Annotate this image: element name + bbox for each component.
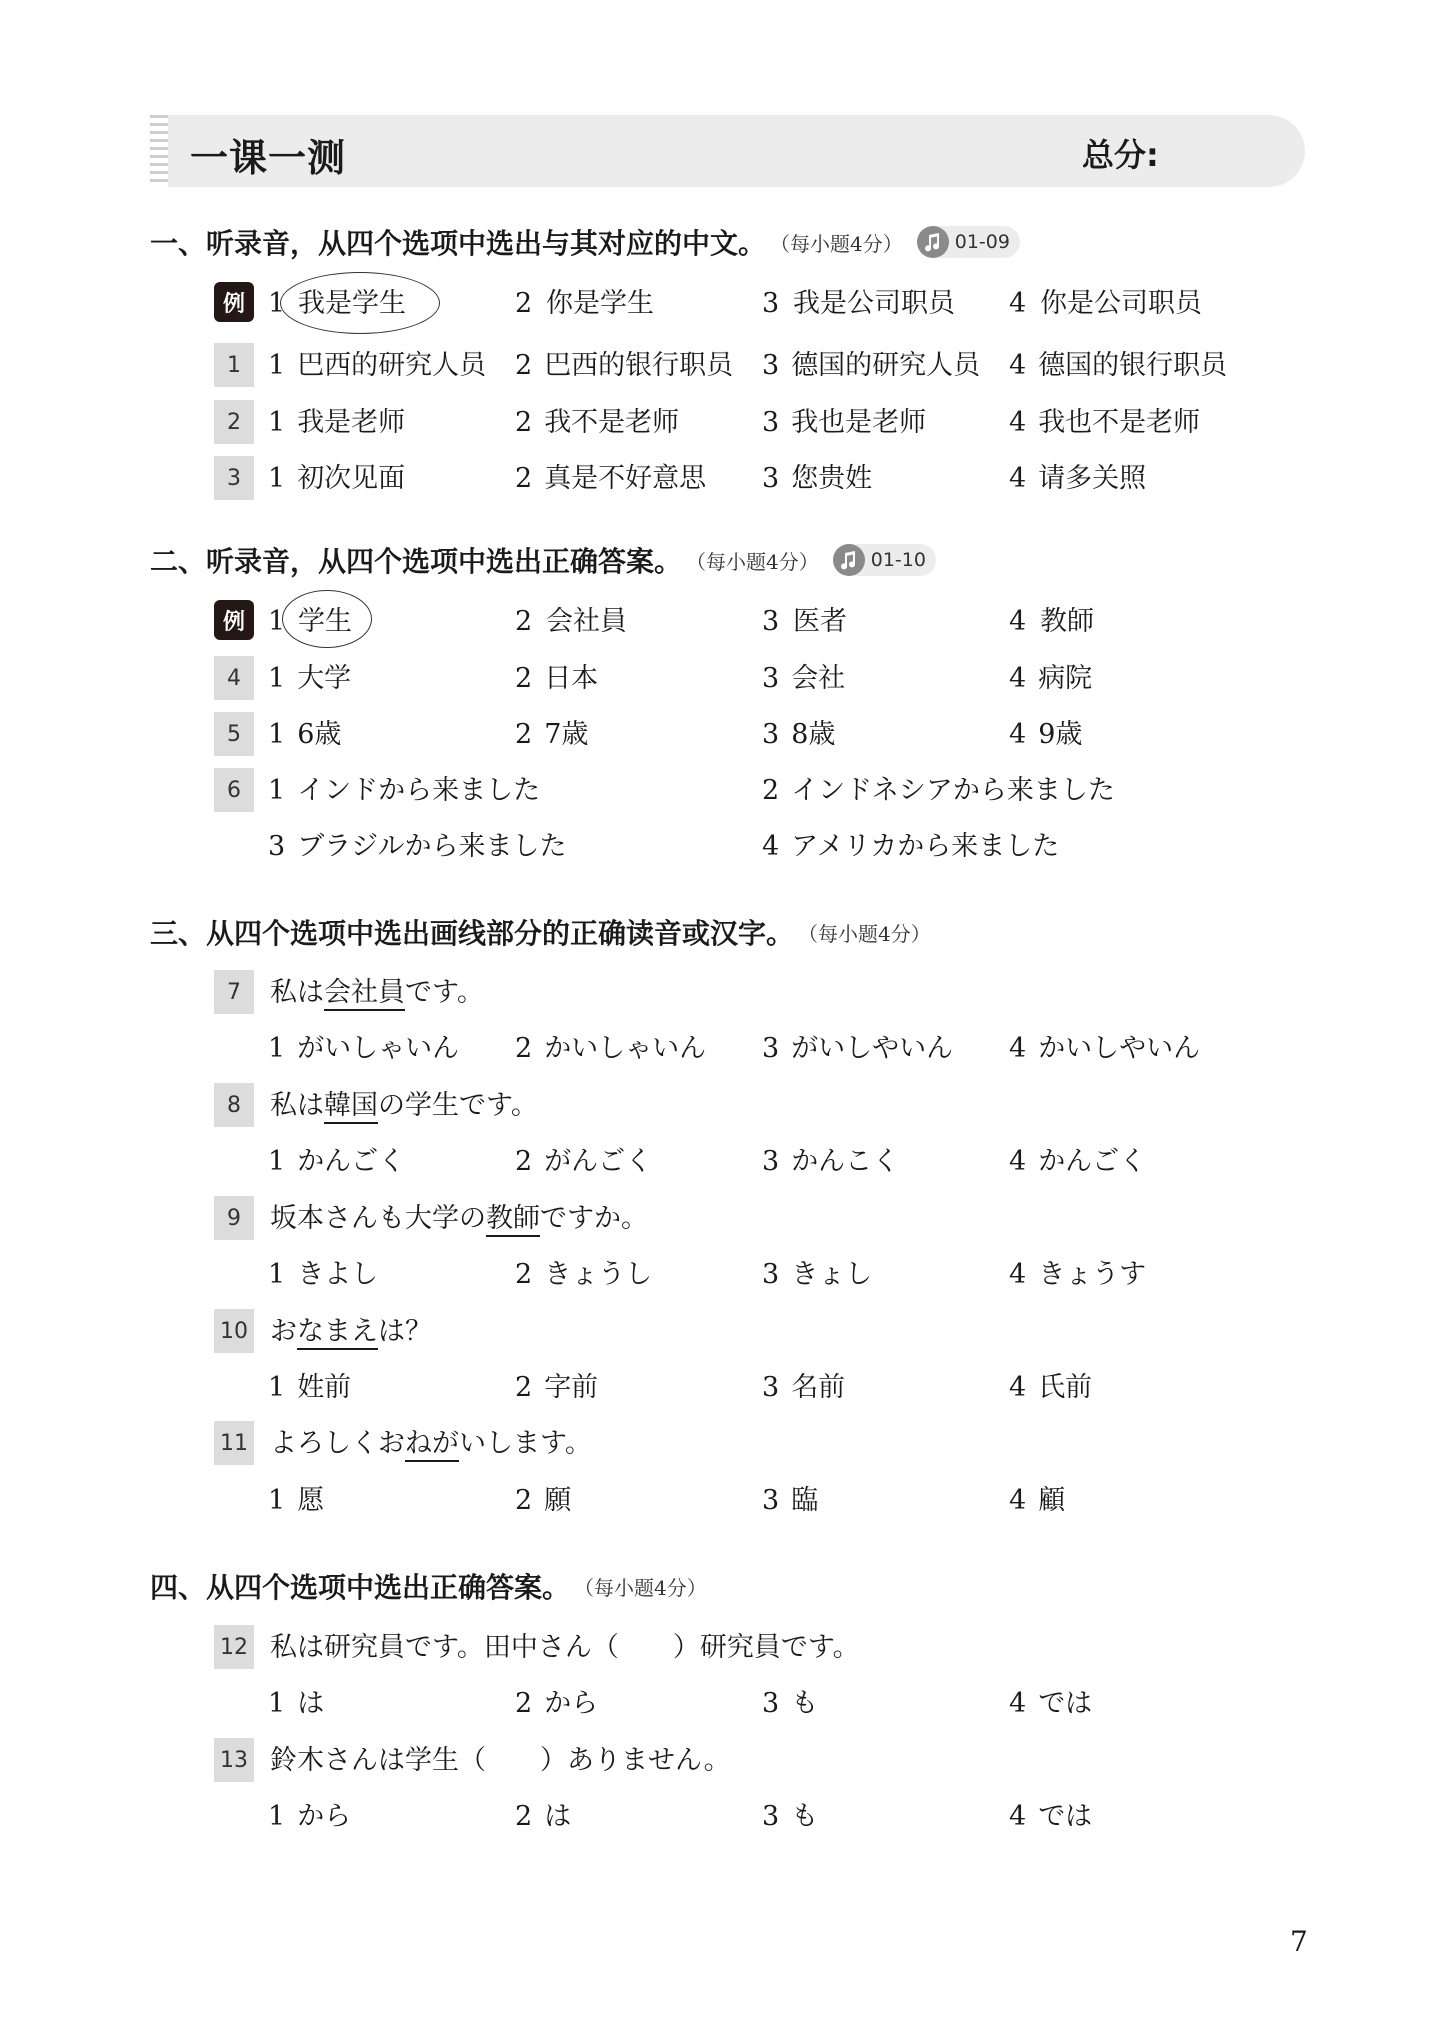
options-row: 1愿 2願 3臨 4顧 [0,1481,1445,1521]
answer-option[interactable]: 4では [1009,1684,1092,1724]
question-stem: よろしくおねがいします。 [270,1424,592,1464]
answer-option[interactable]: 4氏前 [1009,1368,1092,1408]
answer-option[interactable]: 1巴西的研究人员 [268,346,486,386]
options-row: 1は 2から 3も 4では [0,1684,1445,1724]
audio-track-button[interactable]: 01-10 [833,544,936,576]
question-row: 13 鈴木さんは学生（ ）ありません。 [0,1741,1445,1781]
answer-option[interactable]: 1がいしゃいん [268,1029,459,1069]
question-row: 11 よろしくおねがいします。 [0,1424,1445,1464]
question-number: 13 [214,1738,254,1782]
answer-option[interactable]: 1大学 [268,659,351,699]
answer-circle [280,272,440,334]
options-row: 1きよし 2きょうし 3きょし 4きょうす [0,1255,1445,1295]
answer-option[interactable]: 3も [762,1797,818,1837]
example-badge: 例 [214,600,254,640]
option-number: 4 [1009,602,1026,642]
question-number: 3 [214,456,254,500]
question-stem: 坂本さんも大学の教師ですか。 [270,1199,648,1239]
option-text: 医者 [793,602,847,642]
example-badge: 例 [214,282,254,322]
question-row: 6 1インドから来ました 2インドネシアから来ました [0,771,1445,811]
audio-track-button[interactable]: 01-09 [917,226,1020,258]
answer-option[interactable]: 1愿 [268,1481,324,1521]
answer-option[interactable]: 1かんごく [268,1142,405,1182]
section-heading-text: 四、从四个选项中选出正确答案。 [150,1566,570,1606]
section-score-note: （每小题4分） [798,918,931,947]
answer-option[interactable]: 4かいしやいん [1009,1029,1200,1069]
question-number: 2 [214,400,254,444]
answer-option[interactable]: 4我也不是老师 [1009,403,1200,443]
audio-track-code: 01-09 [955,231,1010,253]
question-row: 7 私は会社員です。 [0,973,1445,1013]
option-number: 3 [762,602,779,642]
answer-option[interactable]: 2インドネシアから来ました [762,771,1115,811]
answer-option[interactable]: 3我也是老师 [762,403,926,443]
answer-option[interactable]: 1きよし [268,1255,378,1295]
answer-option[interactable]: 1から [268,1797,351,1837]
answer-option[interactable]: 4きょうす [1009,1255,1146,1295]
answer-option[interactable]: 3かんこく [762,1142,899,1182]
example-row: 例 1 我是学生 2 你是学生 3 我是公司职员 4 你是公司职员 [0,284,1445,324]
question-stem: 私は研究員です。田中さん（ ）研究員です。 [270,1628,860,1668]
answer-option[interactable]: 2かいしゃいん [515,1029,706,1069]
answer-option[interactable]: 2がんごく [515,1142,652,1182]
answer-option[interactable]: 49歳 [1009,715,1082,755]
answer-option[interactable]: 2から [515,1684,598,1724]
underlined-part: なまえ [297,1316,378,1350]
section-2-heading: 二、听录音，从四个选项中选出正确答案。 （每小题4分） 01-10 [150,540,936,580]
answer-option[interactable]: 1は [268,1684,324,1724]
options-row: 1かんごく 2がんごく 3かんこく 4かんごく [0,1142,1445,1182]
underlined-part: ねが [405,1428,459,1462]
question-number: 7 [214,970,254,1014]
answer-option[interactable]: 2願 [515,1481,571,1521]
answer-option[interactable]: 2真是不好意思 [515,459,706,499]
question-number: 4 [214,656,254,700]
question-number: 8 [214,1083,254,1127]
answer-option[interactable]: 1インドから来ました [268,771,540,811]
answer-option[interactable]: 2巴西的银行职员 [515,346,733,386]
question-row: 1 1巴西的研究人员 2巴西的银行职员 3德国的研究人员 4德国的银行职员 [0,346,1445,386]
answer-option[interactable]: 3名前 [762,1368,845,1408]
answer-option[interactable]: 3も [762,1684,818,1724]
option-number: 2 [515,284,532,324]
answer-option[interactable]: 2日本 [515,659,598,699]
option-text: 会社員 [546,602,627,642]
question-row: 5 16歳 27歳 38歳 49歳 [0,715,1445,755]
section-heading-text: 二、听录音，从四个选项中选出正确答案。 [150,540,682,580]
answer-option[interactable]: 2は [515,1797,571,1837]
option-number: 2 [515,602,532,642]
option-text: 你是学生 [546,284,654,324]
question-row: 10 おなまえは？ [0,1312,1445,1352]
answer-option[interactable]: 1初次见面 [268,459,405,499]
music-note-icon [917,226,949,258]
answer-option[interactable]: 3がいしやいん [762,1029,953,1069]
answer-option[interactable]: 1我是老师 [268,403,405,443]
question-row: 4 1大学 2日本 3会社 4病院 [0,659,1445,699]
option-text: 教師 [1040,602,1094,642]
answer-option[interactable]: 4顧 [1009,1481,1065,1521]
options-row: 1姓前 2字前 3名前 4氏前 [0,1368,1445,1408]
question-row: 12 私は研究員です。田中さん（ ）研究員です。 [0,1628,1445,1668]
music-note-icon [833,544,865,576]
options-row: 1から 2は 3も 4では [0,1797,1445,1837]
question-row: 2 1我是老师 2我不是老师 3我也是老师 4我也不是老师 [0,403,1445,443]
header-stripe-decoration [150,115,168,187]
answer-option[interactable]: 4病院 [1009,659,1092,699]
section-heading-text: 三、从四个选项中选出画线部分的正确读音或汉字。 [150,912,794,952]
answer-option[interactable]: 38歳 [762,715,835,755]
question-number: 5 [214,712,254,756]
section-1-heading: 一、听录音，从四个选项中选出与其对应的中文。 （每小题4分） 01-09 [150,222,1020,262]
question-stem: 私は会社員です。 [270,973,484,1013]
section-3-heading: 三、从四个选项中选出画线部分的正确读音或汉字。 （每小题4分） [150,912,931,952]
total-score-label: 总分: [1082,130,1159,176]
question-number: 6 [214,768,254,812]
section-4-heading: 四、从四个选项中选出正确答案。 （每小题4分） [150,1566,707,1606]
options-row: 1がいしゃいん 2かいしゃいん 3がいしやいん 4かいしやいん [0,1029,1445,1069]
question-number: 1 [214,343,254,387]
answer-option[interactable]: 2字前 [515,1368,598,1408]
question-number: 12 [214,1625,254,1669]
question-row: 9 坂本さんも大学の教師ですか。 [0,1199,1445,1239]
audio-track-code: 01-10 [871,549,926,571]
option-number: 4 [1009,284,1026,324]
section-score-note: （每小题4分） [770,228,903,257]
answer-option[interactable]: 4かんごく [1009,1142,1146,1182]
answer-option[interactable]: 4アメリカから来ました [762,827,1059,867]
section-score-note: （每小题4分） [574,1572,707,1601]
answer-option[interactable]: 16歳 [268,715,341,755]
question-row-continued: 3ブラジルから来ました 4アメリカから来ました [0,827,1445,867]
answer-option[interactable]: 4请多关照 [1009,459,1146,499]
worksheet-page: 一课一测 总分: 一、听录音，从四个选项中选出与其对应的中文。 （每小题4分） … [0,0,1445,2031]
question-row: 8 私は韓国の学生です。 [0,1086,1445,1126]
answer-option[interactable]: 3ブラジルから来ました [268,827,567,867]
question-number: 10 [214,1309,254,1353]
answer-option[interactable]: 27歳 [515,715,588,755]
section-score-note: （每小题4分） [686,546,819,575]
question-stem: おなまえは？ [270,1312,432,1352]
underlined-part: 教師 [486,1203,540,1237]
section-heading-text: 一、听录音，从四个选项中选出与其对应的中文。 [150,222,766,262]
question-stem: 私は韓国の学生です。 [270,1086,538,1126]
question-row: 3 1初次见面 2真是不好意思 3您贵姓 4请多关照 [0,459,1445,499]
question-number: 11 [214,1421,254,1465]
page-number: 7 [1290,1925,1308,1958]
answer-option[interactable]: 2我不是老师 [515,403,679,443]
answer-option[interactable]: 3きょし [762,1255,872,1295]
page-title: 一课一测 [190,127,346,182]
underlined-part: 韓国 [324,1090,378,1124]
answer-option[interactable]: 3您贵姓 [762,459,872,499]
answer-option[interactable]: 2きょうし [515,1255,652,1295]
underlined-part: 会社員 [324,977,405,1011]
option-number: 3 [762,284,779,324]
answer-option[interactable]: 3臨 [762,1481,818,1521]
answer-option[interactable]: 4德国的银行职员 [1009,346,1227,386]
answer-option[interactable]: 1姓前 [268,1368,351,1408]
answer-option[interactable]: 3会社 [762,659,845,699]
question-stem: 鈴木さんは学生（ ）ありません。 [270,1741,731,1781]
answer-option[interactable]: 4では [1009,1797,1092,1837]
example-row: 例 1 学生 2 会社員 3 医者 4 教師 [0,602,1445,642]
answer-option[interactable]: 3德国的研究人员 [762,346,980,386]
answer-circle [282,590,372,648]
question-number: 9 [214,1196,254,1240]
option-text: 你是公司职员 [1040,284,1202,324]
option-text: 我是公司职员 [793,284,955,324]
